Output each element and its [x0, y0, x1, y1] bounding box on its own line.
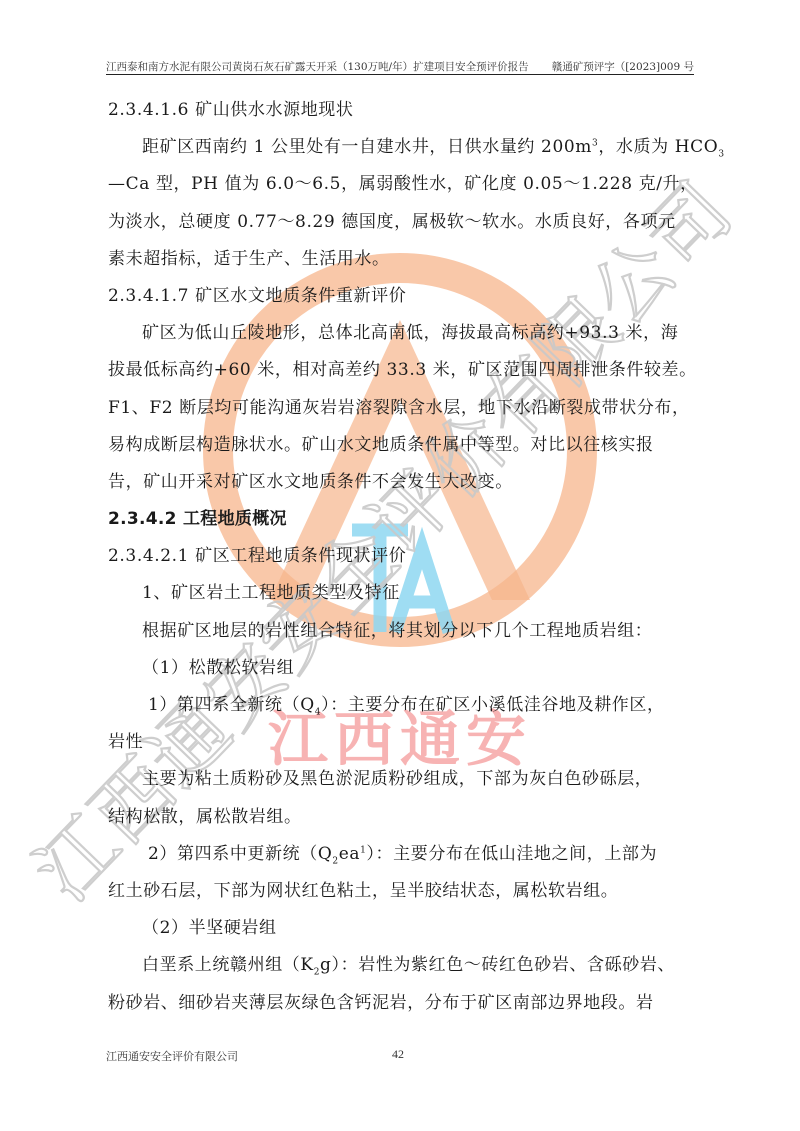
- paragraph-water-source-line-2: —Ca 型，PH 值为 6.0～6.5，属弱酸性水，矿化度 0.05～1.228…: [108, 166, 692, 203]
- page-number: 42: [392, 1047, 404, 1062]
- paragraph-q4-desc-line-1: 主要为粘土质粉砂及黑色淤泥质粉砂组成，下部为灰白色砂砾层，: [108, 761, 692, 798]
- section-heading-2-3-4-1-7: 2.3.4.1.7 矿区水文地质条件重新评价: [108, 278, 692, 315]
- paragraph-q2-line-1: 2）第四系中更新统（Q2ea1）：主要分布在低山洼地之间，上部为: [108, 836, 692, 873]
- text-span: ）：主要分布在矿区小溪低洼谷地及耕作区，: [321, 695, 665, 715]
- paragraph-q4-line-1: 1）第四系全新统（Q4）：主要分布在矿区小溪低洼谷地及耕作区，: [108, 687, 692, 724]
- group-heading-semi-hard: （2）半坚硬岩组: [108, 910, 692, 947]
- group-heading-loose: （1）松散松软岩组: [108, 650, 692, 687]
- paragraph-q4-line-2: 岩性: [108, 724, 692, 761]
- footer-company: 江西通安安全评价有限公司: [106, 1048, 238, 1064]
- paragraph-k2-line-2: 粉砂岩、细砂岩夹薄层灰绿色含钙泥岩，分布于矿区南部边界地段。岩: [108, 985, 692, 1022]
- paragraph-rock-groups: 根据矿区地层的岩性组合特征，将其划分以下几个工程地质岩组：: [108, 613, 692, 650]
- document-number: 赣通矿预评字（[2023]009 号: [552, 59, 694, 74]
- paragraph-hydrogeology-line-3: F1、F2 断层均可能沟通灰岩岩溶裂隙含水层，地下水沿断裂成带状分布，: [108, 390, 692, 427]
- paragraph-water-source-line-1: 距矿区西南约 1 公里处有一自建水井，日供水量约 200m3，水质为 HCO3: [108, 129, 692, 166]
- paragraph-water-source-line-3: 为淡水，总硬度 0.77～8.29 德国度，属极软～软水。水质良好，各项元: [108, 204, 692, 241]
- paragraph-q4-desc-line-2: 结构松散，属松散岩组。: [108, 799, 692, 836]
- text-span: g）：岩性为紫红色～砖红色砂岩、含砾砂岩、: [320, 955, 675, 975]
- text-span: ）：主要分布在低山洼地之间，上部为: [366, 844, 657, 864]
- page-header: 江西泰和南方水泥有限公司黄岗石灰石矿露天开采（130万吨/年）扩建项目安全预评价…: [106, 56, 694, 74]
- text-span: 白垩系上统赣州组（K: [142, 955, 314, 975]
- subscript: 3: [718, 150, 724, 160]
- text-span: 2）第四系中更新统（Q: [148, 844, 332, 864]
- paragraph-water-source-line-4: 素未超指标，适于生产、生活用水。: [108, 241, 692, 278]
- text-span: ea: [339, 844, 360, 864]
- document-body: 2.3.4.1.6 矿山供水水源地现状 距矿区西南约 1 公里处有一自建水井，日…: [108, 92, 692, 1022]
- paragraph-q2-line-2: 红土砂石层，下部为网状红色粘土，呈半胶结状态，属松软岩组。: [108, 873, 692, 910]
- report-title: 江西泰和南方水泥有限公司黄岗石灰石矿露天开采（130万吨/年）扩建项目安全预评价…: [106, 59, 529, 74]
- paragraph-hydrogeology-line-5: 告，矿山开采对矿区水文地质条件不会发生大改变。: [108, 464, 692, 501]
- section-heading-2-3-4-2-1: 2.3.4.2.1 矿区工程地质条件现状评价: [108, 538, 692, 575]
- paragraph-hydrogeology-line-1: 矿区为低山丘陵地形，总体北高南低，海拔最高标高约+93.3 米，海: [108, 315, 692, 352]
- section-heading-2-3-4-2: 2.3.4.2 工程地质概况: [108, 501, 692, 538]
- text-span: ，水质为 HCO: [598, 137, 718, 157]
- document-page: 江西泰和南方水泥有限公司黄岗石灰石矿露天开采（130万吨/年）扩建项目安全预评价…: [0, 0, 800, 1131]
- text-span: 1）第四系全新统（Q: [148, 695, 315, 715]
- list-item-1: 1、矿区岩土工程地质类型及特征: [108, 575, 692, 612]
- paragraph-hydrogeology-line-4: 易构成断层构造脉状水。矿山水文地质条件属中等型。对比以往核实报: [108, 427, 692, 464]
- text-span: 距矿区西南约 1 公里处有一自建水井，日供水量约 200m: [142, 137, 592, 157]
- section-heading-2-3-4-1-6: 2.3.4.1.6 矿山供水水源地现状: [108, 92, 692, 129]
- paragraph-k2-line-1: 白垩系上统赣州组（K2g）：岩性为紫红色～砖红色砂岩、含砾砂岩、: [108, 947, 692, 984]
- paragraph-hydrogeology-line-2: 拔最低标高约+60 米，相对高差约 33.3 米，矿区范围四周排泄条件较差。: [108, 352, 692, 389]
- header-rule: [106, 74, 694, 75]
